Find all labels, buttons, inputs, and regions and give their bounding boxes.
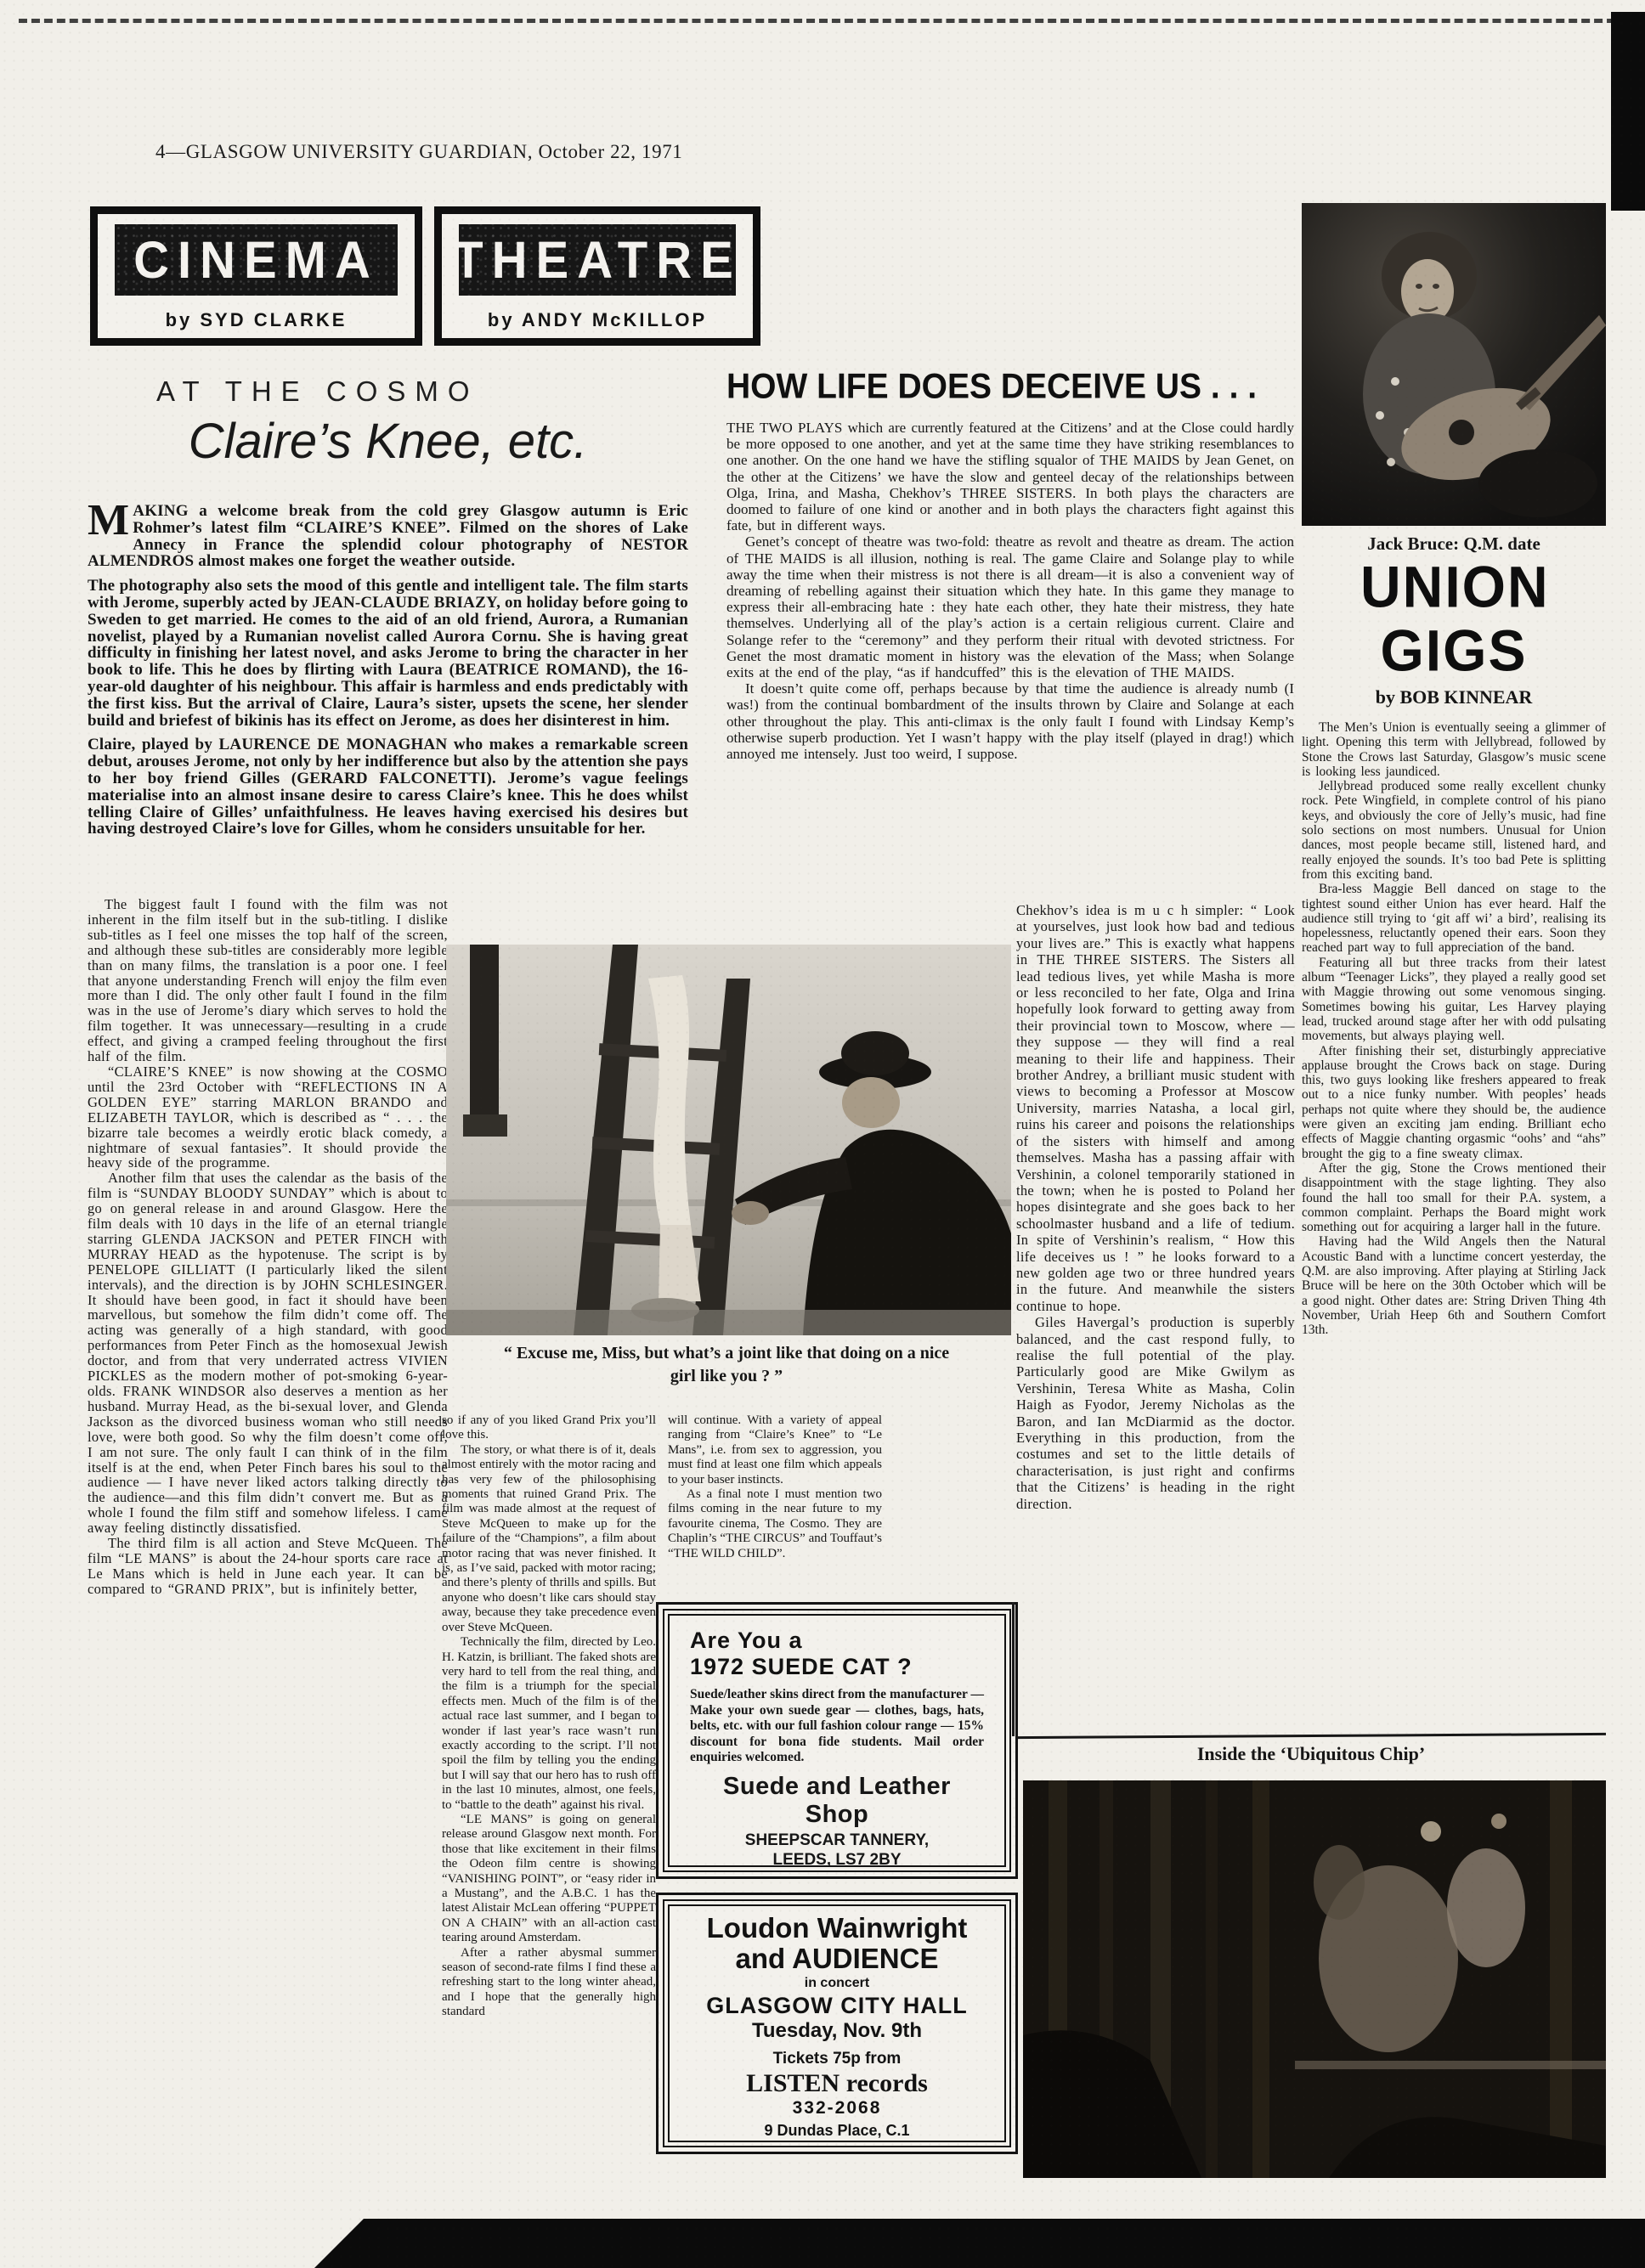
paragraph: Having had the Wild Angels then the Natu…	[1302, 1234, 1606, 1337]
ladder-scene-photo-art	[446, 945, 1011, 1335]
concert-ticket-shop: LISTEN records	[678, 2069, 996, 2098]
paragraph: MAKING a welcome break from the cold gre…	[88, 503, 688, 570]
concert-phone: 332-2068	[678, 2098, 996, 2118]
jack-bruce-photo-art	[1302, 203, 1606, 526]
paragraph: Giles Havergal’s production is superbly …	[1016, 1314, 1295, 1512]
cinema-intro: MAKING a welcome break from the cold gre…	[88, 503, 688, 845]
paragraph: “CLAIRE’S KNEE” is now showing at the CO…	[88, 1064, 448, 1171]
paragraph: Jellybread produced some really excellen…	[1302, 779, 1606, 882]
theatre-right-column: Chekhov’s idea is m u c h simpler: “ Loo…	[1016, 902, 1295, 1772]
masthead: 4—GLASGOW UNIVERSITY GUARDIAN, October 2…	[155, 141, 682, 163]
scan-bottom-edge	[364, 2219, 1645, 2268]
scan-top-edge	[19, 19, 1628, 23]
concert-address-line1: 9 Dundas Place, C.1	[678, 2122, 996, 2140]
scan-corner-mark	[1611, 12, 1645, 211]
paragraph: Bra-less Maggie Bell danced on stage to …	[1302, 882, 1606, 955]
concert-artist-line2: and AUDIENCE	[678, 1944, 996, 1974]
ladder-photo-caption: “ Excuse me, Miss, but what’s a joint li…	[438, 1342, 1015, 1388]
ladder-scene-photo	[446, 945, 1011, 1335]
paragraph: Claire, played by LAURENCE DE MONAGHAN w…	[88, 736, 688, 838]
cinema-column-4: will continue. With a variety of appeal …	[668, 1413, 882, 1600]
union-gigs-body: The Men’s Union is eventually seeing a g…	[1302, 720, 1606, 1735]
paragraph: After finishing their set, disturbingly …	[1302, 1044, 1606, 1161]
concert-venue: GLASGOW CITY HALL	[678, 1993, 996, 2019]
suede-ad-content: Are You a 1972 SUEDE CAT ? Suede/leather…	[670, 1616, 1004, 1865]
theatre-headline: HOW LIFE DOES DECEIVE US . . .	[726, 368, 1296, 408]
jack-bruce-caption: Jack Bruce: Q.M. date	[1302, 533, 1606, 555]
paragraph: The photography also sets the mood of th…	[88, 578, 688, 729]
paragraph: Technically the film, directed by Leo. H…	[442, 1635, 656, 1813]
paragraph: It doesn’t quite come off, perhaps becau…	[726, 680, 1294, 762]
theatre-section-title: THEATRE	[453, 230, 742, 290]
suede-ad-body: Suede/leather skins direct from the manu…	[690, 1687, 984, 1766]
suede-address-line2: LEEDS, LS7 2BY	[690, 1850, 984, 1865]
concert-tickets: Tickets 75p from	[678, 2050, 996, 2068]
ladder-caption-line2: girl like you ? ”	[438, 1365, 1015, 1388]
union-gigs-headline-text: UNION GIGS	[1360, 555, 1547, 682]
paragraph: Chekhov’s idea is m u c h simpler: “ Loo…	[1016, 902, 1295, 1314]
paragraph: After the gig, Stone the Crows mentioned…	[1302, 1161, 1606, 1234]
paragraph: Genet’s concept of theatre was two-fold:…	[726, 533, 1294, 680]
paragraph: so if any of you liked Grand Prix you’ll…	[442, 1413, 656, 1443]
paragraph: As a final note I must mention two films…	[668, 1487, 882, 1561]
paragraph: THE TWO PLAYS which are currently featur…	[726, 420, 1294, 533]
union-gigs-byline: by BOB KINNEAR	[1302, 686, 1606, 708]
paragraph: The third film is all action and Steve M…	[88, 1536, 448, 1597]
paragraph: The story, or what there is of it, deals…	[442, 1443, 656, 1635]
cinema-column-3: so if any of you liked Grand Prix you’ll…	[442, 1413, 656, 2176]
newspaper-page: 4—GLASGOW UNIVERSITY GUARDIAN, October 2…	[0, 0, 1645, 2268]
theatre-title-plate: THEATRE	[459, 224, 736, 296]
chip-interior-photo	[1023, 1780, 1606, 2178]
theatre-byline: by ANDY McKILLOP	[442, 309, 753, 331]
cinema-kicker: AT THE COSMO	[156, 375, 479, 408]
suede-ad-title: Are You a 1972 SUEDE CAT ?	[690, 1628, 984, 1680]
paragraph: The Men’s Union is eventually seeing a g…	[1302, 720, 1606, 779]
theatre-lead-column: THE TWO PLAYS which are currently featur…	[726, 420, 1294, 939]
jack-bruce-photo	[1302, 203, 1606, 526]
suede-shop-name: Suede and Leather Shop	[690, 1773, 984, 1829]
chip-photo-title: Inside the ‘Ubiquitous Chip’	[1016, 1743, 1606, 1765]
suede-address-line1: SHEEPSCAR TANNERY,	[690, 1831, 984, 1850]
concert-ad-content: Loudon Wainwright and AUDIENCE in concer…	[670, 1906, 1004, 2141]
paragraph: Another film that uses the calendar as t…	[88, 1171, 448, 1536]
theatre-section-box: THEATRE by ANDY McKILLOP	[434, 206, 760, 346]
suede-address: SHEEPSCAR TANNERY, LEEDS, LS7 2BY (TEL: …	[690, 1831, 984, 1865]
paragraph: After a rather abysmal summer season of …	[442, 1946, 656, 2020]
cinema-headline: Claire’s Knee, etc.	[88, 413, 688, 470]
concert-date: Tuesday, Nov. 9th	[678, 2019, 996, 2043]
suede-title-line1: Are You a	[690, 1628, 984, 1654]
paragraph: The biggest fault I found with the film …	[88, 897, 448, 1064]
column-divider-rule	[1012, 1602, 1015, 1736]
paragraph: Featuring all but three tracks from thei…	[1302, 956, 1606, 1044]
union-gigs-headline: UNION GIGS	[1302, 555, 1606, 682]
chip-interior-photo-art	[1023, 1780, 1606, 2178]
suede-shop-ad: Are You a 1972 SUEDE CAT ? Suede/leather…	[656, 1602, 1018, 1879]
concert-artist-line1: Loudon Wainwright	[678, 1913, 996, 1944]
cinema-section-title: CINEMA	[133, 230, 379, 290]
cinema-byline: by SYD CLARKE	[98, 309, 415, 331]
paragraph: will continue. With a variety of appeal …	[668, 1413, 882, 1487]
cinema-section-box: CINEMA by SYD CLARKE	[90, 206, 422, 346]
concert-subtitle: in concert	[678, 1976, 996, 1991]
paragraph: “LE MANS” is going on general release ar…	[442, 1813, 656, 1946]
suede-title-line2: 1972 SUEDE CAT ?	[690, 1654, 984, 1680]
concert-ad: Loudon Wainwright and AUDIENCE in concer…	[656, 1893, 1018, 2154]
cinema-title-plate: CINEMA	[115, 224, 398, 296]
cinema-main-column: The biggest fault I found with the film …	[88, 897, 448, 2173]
concert-address-line2: (near Queen Street Station)	[678, 2140, 996, 2141]
ladder-caption-line1: “ Excuse me, Miss, but what’s a joint li…	[438, 1342, 1015, 1365]
